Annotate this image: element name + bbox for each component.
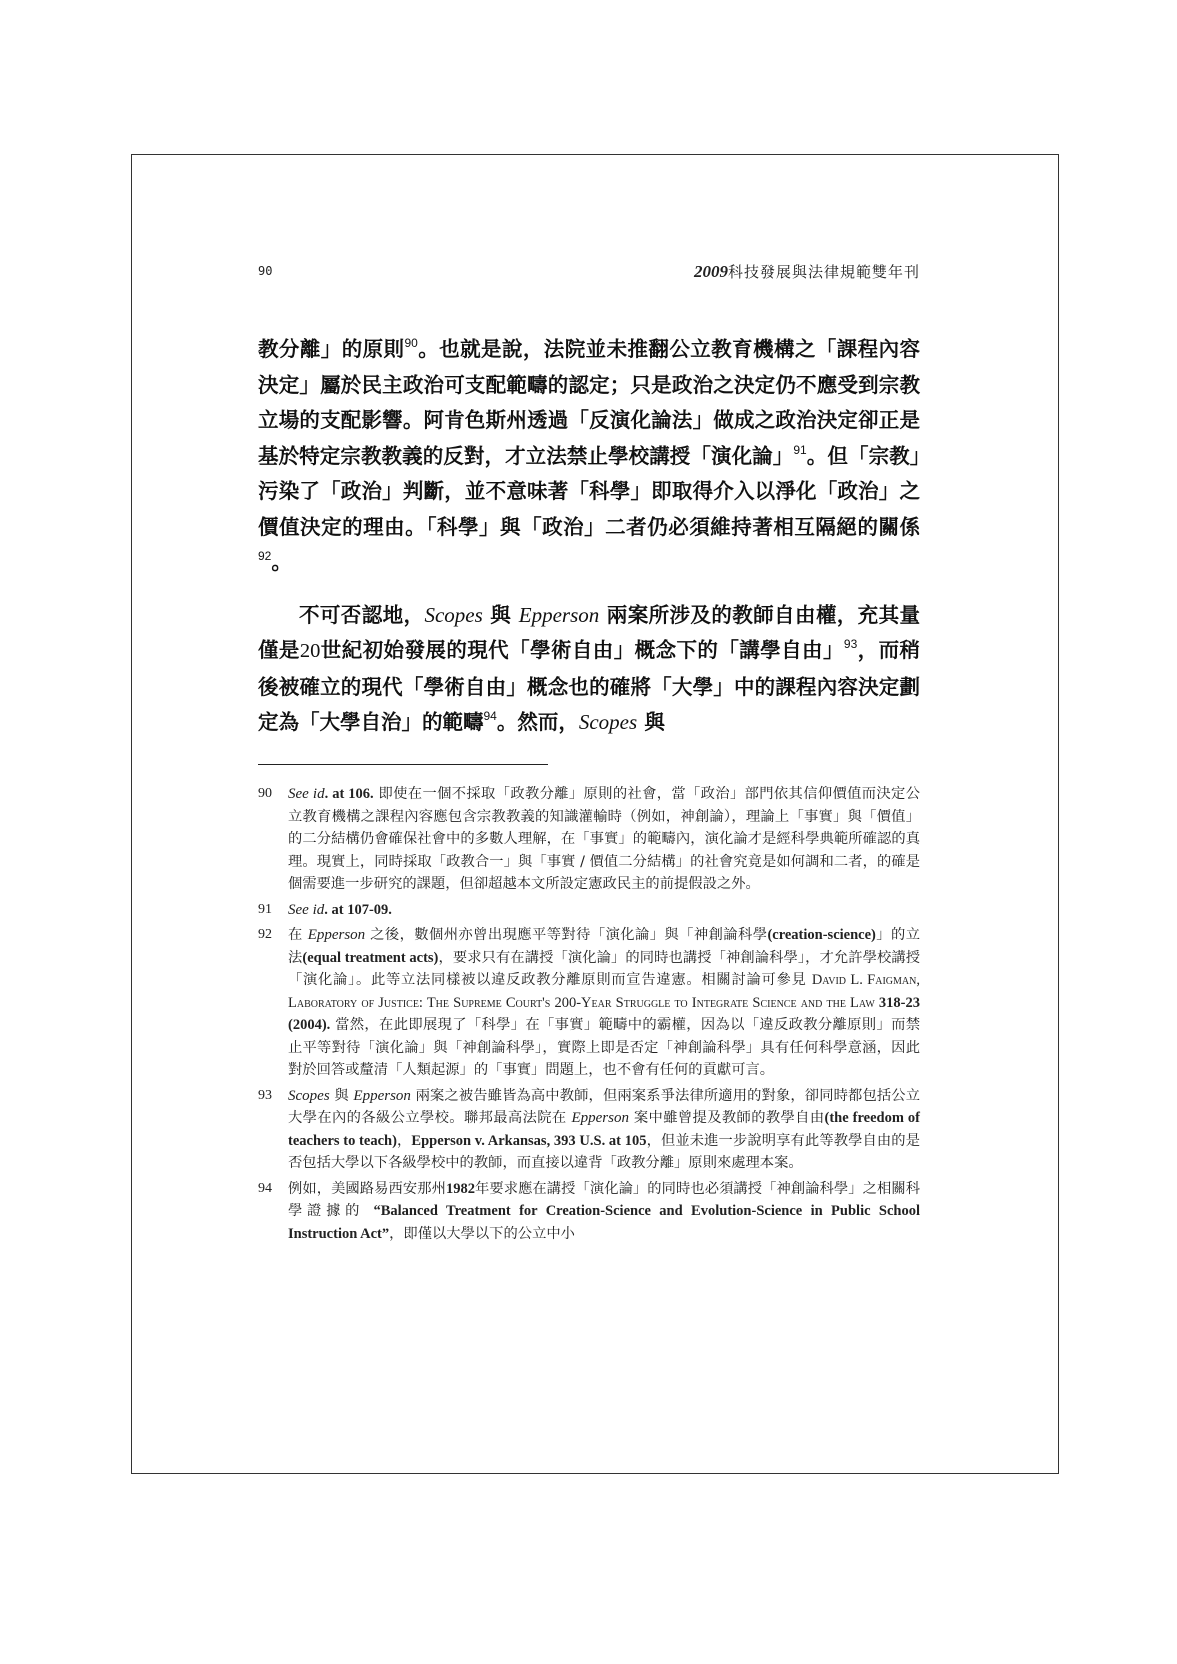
text-run: 。 <box>271 550 292 574</box>
footnote-text: 即使在一個不採取「政教分離」原則的社會，當「政治」部門依其信仰價值而決定公立教育… <box>288 786 920 892</box>
footnote-text: 與 <box>330 1088 354 1104</box>
footnote-94: 94例如，美國路易西安那州1982年要求應在講授「演化論」的同時也必須講授「神創… <box>258 1178 920 1246</box>
footnote-ref-91[interactable]: 91 <box>793 443 806 457</box>
footnote-ref-93[interactable]: 93 <box>844 637 857 651</box>
text-run: 與 <box>637 710 665 734</box>
case-name: Epperson <box>519 603 600 627</box>
citation: . at 107-09. <box>324 902 392 918</box>
footnotes: 90See id. at 106. 即使在一個不採取「政教分離」原則的社會，當「… <box>258 783 920 1248</box>
case-citation: Epperson v. Arkansas, 393 U.S. at 105 <box>411 1133 646 1149</box>
case-name: Scopes <box>579 710 637 734</box>
paragraph-1: 教分離」的原則90。也就是說，法院並未推翻公立教育機構之「課程內容決定」屬於民主… <box>258 332 920 581</box>
running-title-text: 科技發展與法律規範雙年刊 <box>728 263 920 281</box>
footnote-text: 之後，數個州亦曾出現應平等對待「演化論」與「神創論科學 <box>365 927 767 943</box>
footnote-number: 93 <box>258 1085 272 1108</box>
footnote-text: ，即僅以大學以下的公立中小 <box>389 1226 575 1242</box>
footnote-text: 例如，美國路易西安那州 <box>288 1181 446 1197</box>
case-name: Scopes <box>288 1088 330 1104</box>
footnote-number: 94 <box>258 1178 272 1201</box>
footnote-number: 90 <box>258 783 272 806</box>
text-run: 世紀初始發展的現代「學術自由」概念下的「講學自由」 <box>320 638 844 662</box>
text-run: 。然而， <box>497 710 579 734</box>
year: 1982 <box>446 1181 475 1197</box>
footnote-93: 93Scopes 與 Epperson 兩案之被告雖皆為高中教師，但兩案系爭法律… <box>258 1085 920 1175</box>
footnote-text: ， <box>397 1133 412 1149</box>
text-run: 教分離」的原則 <box>258 337 404 361</box>
case-name: Scopes <box>424 603 482 627</box>
footnote-separator <box>258 764 548 765</box>
text-run: 不可否認地， <box>299 603 424 627</box>
text-run: 與 <box>483 603 519 627</box>
footnote-number: 92 <box>258 924 272 947</box>
footnote-90: 90See id. at 106. 即使在一個不採取「政教分離」原則的社會，當「… <box>258 783 920 896</box>
footnote-ref-94[interactable]: 94 <box>484 709 497 723</box>
case-name: Epperson <box>308 927 366 943</box>
act-title: “Balanced Treatment for Creation-Science… <box>288 1203 920 1242</box>
footnote-text: 案中雖曾提及教師的教學自由 <box>629 1110 825 1126</box>
footnote-text: 在 <box>288 927 308 943</box>
footnote-text: 當然，在此即展現了「科學」在「事實」範疇中的霸權，因為以「違反政教分離原則」而禁… <box>288 1017 920 1078</box>
paragraph-2: 不可否認地，Scopes 與 Epperson 兩案所涉及的教師自由權，充其量僅… <box>258 598 920 741</box>
page-number: 90 <box>258 264 272 278</box>
english-term: (creation-science) <box>767 927 875 943</box>
footnote-91: 91See id. at 107-09. <box>258 899 920 922</box>
english-term: (equal treatment acts) <box>302 950 438 966</box>
footnote-ref-92[interactable]: 92 <box>258 549 271 563</box>
footnote-92: 92在 Epperson 之後，數個州亦曾出現應平等對待「演化論」與「神創論科學… <box>258 924 920 1082</box>
page-header: 90 2009科技發展與法律規範雙年刊 <box>258 264 920 286</box>
citation-signal: See id <box>288 786 325 802</box>
century-number: 20 <box>300 640 321 662</box>
footnote-number: 91 <box>258 899 272 922</box>
case-name: Epperson <box>353 1088 411 1104</box>
case-name: Epperson <box>571 1110 629 1126</box>
citation-signal: See id <box>288 902 324 918</box>
running-title-year: 2009 <box>694 262 728 281</box>
main-body: 教分離」的原則90。也就是說，法院並未推翻公立教育機構之「課程內容決定」屬於民主… <box>258 332 920 741</box>
running-title: 2009科技發展與法律規範雙年刊 <box>694 261 920 282</box>
citation: . at 106. <box>325 786 374 802</box>
footnote-ref-90[interactable]: 90 <box>404 336 417 350</box>
